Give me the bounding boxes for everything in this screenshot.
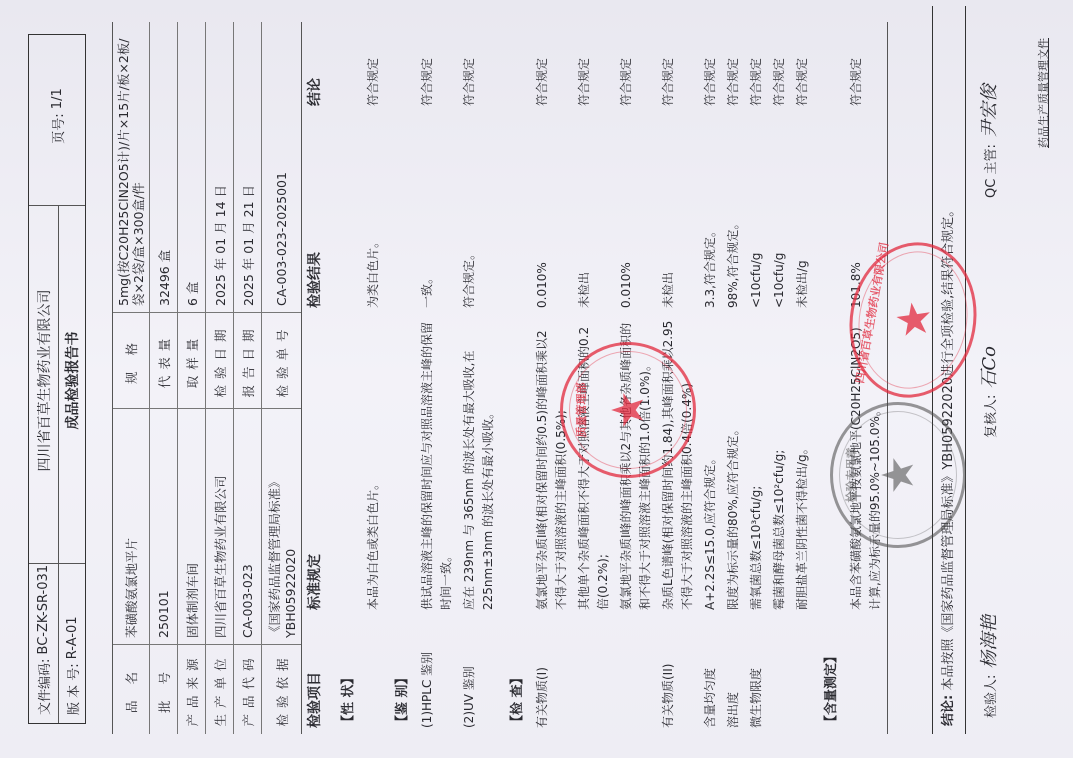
info-value: CA-003-023 — [234, 408, 261, 644]
info-label: 规 格 — [113, 312, 149, 408]
cell-item: 有关物质(I) — [531, 616, 554, 734]
info-row: 产品代码CA-003-023报告日期2025 年 01 月 21 日 — [234, 22, 262, 734]
cell-standard: 应在 239nm 与 365nm 的波长处有最大吸收,在 225nm±3nm 的… — [458, 314, 500, 616]
cell-conclusion: 符合规定 — [768, 22, 791, 112]
info-row: 品 名苯磺酸氨氯地平片规 格5mg(按C20H25ClN2O5计)/片×15片/… — [113, 22, 150, 734]
cell-conclusion: 符合规定 — [845, 22, 868, 112]
cell-item: (1)HPLC 鉴别 — [416, 616, 439, 734]
conclusion-box: 结论: 本品按照《国家药品监督管理局标准》YBH05922020进行全项检验,结… — [932, 6, 966, 734]
info-label: 检验日期 — [206, 312, 233, 408]
cell-conclusion: 符合规定 — [722, 22, 745, 112]
col-result: 检验结果 — [300, 112, 331, 314]
col-item: 检验项目 — [300, 616, 331, 734]
table-row: (2)UV 鉴别应在 239nm 与 365nm 的波长处有最大吸收,在 225… — [458, 22, 500, 734]
cell-standard: 耐胆盐革兰阴性菌不得检出/g。 — [791, 314, 814, 616]
cell-conclusion: 符合规定 — [615, 22, 638, 112]
cell-result: 符合规定。 — [458, 112, 481, 314]
info-label: 检验单号 — [262, 312, 301, 408]
cell-item — [791, 616, 795, 734]
section-title: 【性 状】 — [331, 22, 362, 734]
info-value: 固体制剂车间 — [178, 408, 205, 644]
section-title: 【检 查】 — [500, 22, 531, 734]
table-row: 霉菌和酵母菌总数≤10²cfu/g;<10cfu/g符合规定 — [768, 22, 791, 734]
cell-standard: 限度为标示量的80%,应符合规定。 — [722, 314, 745, 616]
cell-standard: 本品含苯磺酸氨氯地平按氨氯地平(C20H25ClN2O5)计算,应为标示量的95… — [845, 314, 887, 616]
cell-conclusion: 符合规定 — [458, 22, 481, 112]
cell-result: 一致。 — [416, 112, 439, 314]
cell-item — [845, 616, 849, 734]
info-value: 2025 年 01 月 21 日 — [234, 22, 261, 312]
table-row: 有关物质(I)氨氯地平杂质I峰(相对保留时间约0.5)的峰面积乘以2不得大于对照… — [531, 22, 573, 734]
info-label: 产品来源 — [178, 644, 205, 734]
info-label: 检验依据 — [262, 644, 301, 734]
cell-result: 0.010% — [615, 112, 638, 314]
info-value: 四川省百草生物药业有限公司 — [206, 408, 233, 644]
reviewer-signature: 复核人:石Co — [975, 346, 1001, 438]
info-value: 250101 — [150, 408, 177, 644]
cell-result: 为类白色片。 — [362, 112, 385, 314]
cell-result: 未检出 — [573, 112, 596, 314]
info-label: 批 号 — [150, 644, 177, 734]
table-row: 微生物限度需氧菌总数≤10³cfu/g;<10cfu/g符合规定 — [745, 22, 768, 734]
cell-conclusion: 符合规定 — [531, 22, 554, 112]
version: 版 本 号: R-A-01 — [59, 563, 85, 723]
info-value: 苯磺酸氨氯地平片 — [113, 408, 149, 644]
cell-conclusion: 符合规定 — [657, 22, 680, 112]
cell-result: 0.010% — [531, 112, 554, 314]
info-label: 品 名 — [113, 644, 149, 734]
info-label: 代表量 — [150, 312, 177, 408]
cell-result: 3.3,符合规定。 — [699, 112, 722, 314]
info-row: 检验依据《国家药品监督管理局标准》 YBH05922020检验单号CA-003-… — [262, 22, 301, 734]
company-name: 四川省百草生物药业有限公司 — [29, 205, 59, 563]
cell-conclusion: 符合规定 — [699, 22, 722, 112]
cell-standard: 供试品溶液主峰的保留时间应与对照品溶液主峰的保留时间一致。 — [416, 314, 458, 616]
table-row: 溶出度限度为标示量的80%,应符合规定。98%,符合规定。符合规定 — [722, 22, 745, 734]
table-header: 检验项目 标准规定 检验结果 结论 — [300, 22, 331, 734]
col-conclusion: 结论 — [300, 22, 331, 112]
info-row: 生产单位四川省百草生物药业有限公司检验日期2025 年 01 月 14 日 — [206, 22, 234, 734]
cell-standard: 需氧菌总数≤10³cfu/g; — [745, 314, 768, 616]
section-title: 【鉴 别】 — [385, 22, 416, 734]
info-row: 产品来源固体制剂车间取样量6 盒 — [178, 22, 206, 734]
table-row: 本品含苯磺酸氨氯地平按氨氯地平(C20H25ClN2O5)计算,应为标示量的95… — [845, 22, 887, 734]
cell-conclusion: 符合规定 — [416, 22, 439, 112]
info-value: CA-003-023-2025001 — [262, 22, 301, 312]
conclusion-label: 结论: — [941, 695, 956, 726]
info-value: 6 盒 — [178, 22, 205, 312]
cell-result: 101.8% — [845, 112, 868, 314]
cell-item — [362, 616, 366, 734]
cell-conclusion: 符合规定 — [573, 22, 596, 112]
cell-item — [768, 616, 772, 734]
cell-standard: 霉菌和酵母菌总数≤10²cfu/g; — [768, 314, 791, 616]
conclusion-text: 本品按照《国家药品监督管理局标准》YBH05922020进行全项检验,结果符合规… — [941, 204, 956, 691]
cell-standard: 本品为白色或类白色片。 — [362, 314, 385, 616]
cell-standard: 杂质L色谱峰(相对保留时间约1.84),其峰面积乘以2.95不得大于对照溶液的主… — [657, 314, 699, 616]
cell-standard: 氨氯地平杂质I峰的峰面积乘以2与其他各杂质峰面积的和不得大于对照溶液主峰面积的1… — [615, 314, 657, 616]
info-label: 报告日期 — [234, 312, 261, 408]
cell-standard: 氨氯地平杂质I峰(相对保留时间约0.5)的峰面积乘以2不得大于对照溶液的主峰面积… — [531, 314, 573, 616]
cell-item: 有关物质(II) — [657, 616, 680, 734]
cell-standard: 其他单个杂质峰面积不得大于对照溶液主峰面积的0.2倍(0.2%); — [573, 314, 615, 616]
cell-conclusion: 符合规定 — [362, 22, 385, 112]
info-value: 2025 年 01 月 14 日 — [206, 22, 233, 312]
qc-signature: QC 主管:尹宏俊 — [975, 84, 1001, 198]
info-value: 《国家药品监督管理局标准》 YBH05922020 — [262, 408, 301, 644]
cell-item: 含量均匀度 — [699, 616, 722, 734]
document-header: 文件编码: BC-ZK-SR-031 四川省百草生物药业有限公司 页号: 1/1… — [28, 34, 86, 724]
section-title: 【含量测定】 — [814, 22, 845, 734]
info-row: 批 号250101代表量32496 盒 — [150, 22, 178, 734]
test-results-table: 检验项目 标准规定 检验结果 结论 【性 状】本品为白色或类白色片。为类白色片。… — [300, 22, 888, 734]
doc-code: 文件编码: BC-ZK-SR-031 — [29, 563, 59, 723]
info-label: 生产单位 — [206, 644, 233, 734]
info-value: 32496 盒 — [150, 22, 177, 312]
cell-result: 未检出 — [657, 112, 680, 314]
cell-item: 微生物限度 — [745, 616, 768, 734]
cell-item: (2)UV 鉴别 — [458, 616, 481, 734]
table-row: 有关物质(II)杂质L色谱峰(相对保留时间约1.84),其峰面积乘以2.95不得… — [657, 22, 699, 734]
table-row: 氨氯地平杂质I峰的峰面积乘以2与其他各杂质峰面积的和不得大于对照溶液主峰面积的1… — [615, 22, 657, 734]
table-row: (1)HPLC 鉴别供试品溶液主峰的保留时间应与对照品溶液主峰的保留时间一致。一… — [416, 22, 458, 734]
footer-note: 药品生产质量管理文件 — [1035, 38, 1051, 148]
page-number: 页号: 1/1 — [29, 35, 85, 205]
cell-result: 98%,符合规定。 — [722, 112, 745, 314]
report-page: 文件编码: BC-ZK-SR-031 四川省百草生物药业有限公司 页号: 1/1… — [0, 0, 1073, 758]
cell-result: 未检出/g — [791, 112, 814, 314]
cell-result: <10cfu/g — [745, 112, 768, 314]
info-value: 5mg(按C20H25ClN2O5计)/片×15片/板×2板/袋×2袋/盒×30… — [113, 22, 149, 312]
col-standard: 标准规定 — [300, 314, 331, 616]
info-label: 取样量 — [178, 312, 205, 408]
cell-conclusion: 符合规定 — [791, 22, 814, 112]
product-info-table: 品 名苯磺酸氨氯地平片规 格5mg(按C20H25ClN2O5计)/片×15片/… — [112, 22, 302, 734]
info-label: 产品代码 — [234, 644, 261, 734]
table-row: 耐胆盐革兰阴性菌不得检出/g。未检出/g符合规定 — [791, 22, 814, 734]
report-title: 成品检验报告书 — [59, 205, 85, 563]
inspector-signature: 检验人:杨海艳 — [975, 615, 1001, 718]
cell-standard: A+2.2S≤15.0,应符合规定。 — [699, 314, 722, 616]
cell-conclusion: 符合规定 — [745, 22, 768, 112]
table-row: 含量均匀度A+2.2S≤15.0,应符合规定。3.3,符合规定。符合规定 — [699, 22, 722, 734]
cell-item: 溶出度 — [722, 616, 745, 734]
cell-result: <10cfu/g — [768, 112, 791, 314]
table-row: 本品为白色或类白色片。为类白色片。符合规定 — [362, 22, 385, 734]
cell-item — [573, 616, 577, 734]
cell-item — [615, 616, 619, 734]
table-row: 其他单个杂质峰面积不得大于对照溶液主峰面积的0.2倍(0.2%);未检出符合规定 — [573, 22, 615, 734]
